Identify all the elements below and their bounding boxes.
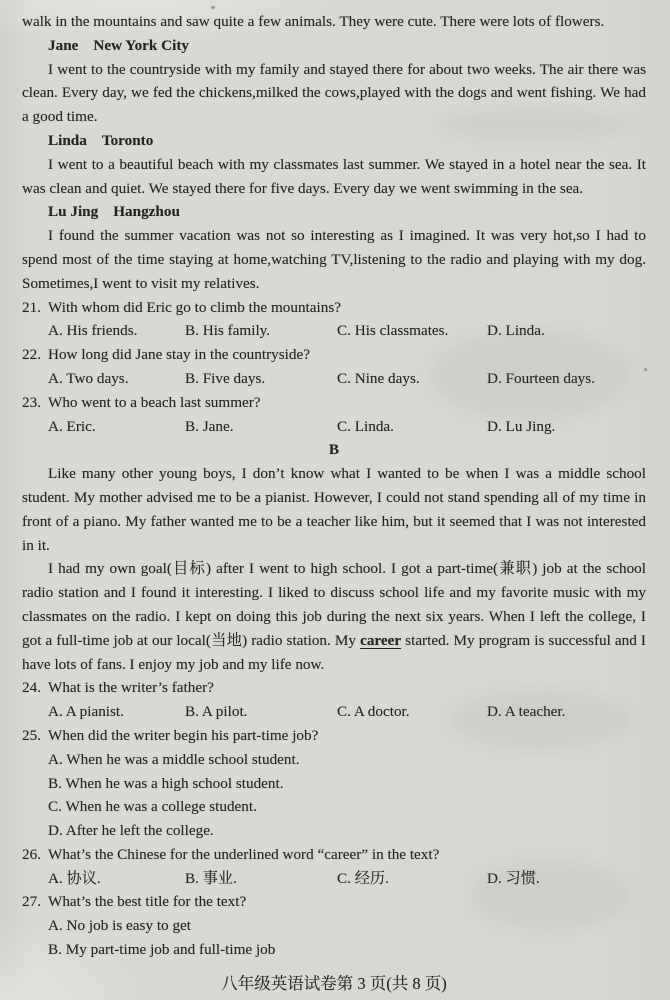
option-a: A. Eric. xyxy=(48,415,185,439)
question-24-stem: 24.What is the writer’s father? xyxy=(22,676,646,700)
passage-a-entry-header-jane: JaneNew York City xyxy=(22,34,646,58)
passage-a-entry-text-linda: I went to a beautiful beach with my clas… xyxy=(22,153,646,201)
option-b: B. A pilot. xyxy=(185,700,337,724)
option-d: D. After he left the college. xyxy=(22,819,646,843)
writer-name: Linda xyxy=(48,132,87,149)
question-25-stem: 25.When did the writer begin his part-ti… xyxy=(22,724,646,748)
passage-a-entry-text-jane: I went to the countryside with my family… xyxy=(22,58,646,129)
option-a: A. His friends. xyxy=(48,319,185,343)
question-27: 27.What’s the best title for the text? A… xyxy=(22,890,646,961)
option-a: A. When he was a middle school student. xyxy=(22,748,646,772)
question-27-stem: 27.What’s the best title for the text? xyxy=(22,890,646,914)
question-25: 25.When did the writer begin his part-ti… xyxy=(22,724,646,843)
question-21-stem: 21.With whom did Eric go to climb the mo… xyxy=(22,296,646,320)
question-text: What is the writer’s father? xyxy=(48,679,214,696)
question-21-options: A. His friends.B. His family.C. His clas… xyxy=(22,319,646,343)
question-number: 24. xyxy=(22,676,48,700)
question-number: 25. xyxy=(22,724,48,748)
question-21: 21.With whom did Eric go to climb the mo… xyxy=(22,296,646,344)
scan-speck xyxy=(211,6,215,9)
page-footer: 八年级英语试卷第 3 页(共 8 页) xyxy=(22,972,646,996)
question-24-options: A. A pianist.B. A pilot.C. A doctor.D. A… xyxy=(22,700,646,724)
question-26: 26.What’s the Chinese for the underlined… xyxy=(22,843,646,891)
option-b: B. His family. xyxy=(185,319,337,343)
question-text: What’s the best title for the text? xyxy=(48,893,246,910)
option-d: D. Lu Jing. xyxy=(487,415,555,439)
question-26-options: A. 协议.B. 事业.C. 经历.D. 习惯. xyxy=(22,867,646,891)
option-c: C. When he was a college student. xyxy=(22,795,646,819)
option-c: C. 经历. xyxy=(337,867,487,891)
option-a: A. Two days. xyxy=(48,367,185,391)
question-26-stem: 26.What’s the Chinese for the underlined… xyxy=(22,843,646,867)
question-22-stem: 22.How long did Jane stay in the country… xyxy=(22,343,646,367)
question-text: What’s the Chinese for the underlined wo… xyxy=(48,846,439,863)
question-number: 26. xyxy=(22,843,48,867)
question-number: 22. xyxy=(22,343,48,367)
option-a: A. 协议. xyxy=(48,867,185,891)
question-number: 27. xyxy=(22,890,48,914)
question-text: When did the writer begin his part-time … xyxy=(48,727,318,744)
question-22-options: A. Two days.B. Five days.C. Nine days.D.… xyxy=(22,367,646,391)
option-d: D. A teacher. xyxy=(487,700,565,724)
writer-name: Jane xyxy=(48,37,78,54)
question-24: 24.What is the writer’s father? A. A pia… xyxy=(22,676,646,724)
option-a: A. A pianist. xyxy=(48,700,185,724)
option-c: C. Nine days. xyxy=(337,367,487,391)
passage-b-paragraph-1: Like many other young boys, I don’t know… xyxy=(22,462,646,557)
writer-name: Lu Jing xyxy=(48,203,98,220)
question-number: 23. xyxy=(22,391,48,415)
option-d: D. Fourteen days. xyxy=(487,367,595,391)
option-c: C. Linda. xyxy=(337,415,487,439)
option-b: B. When he was a high school student. xyxy=(22,772,646,796)
question-text: With whom did Eric go to climb the mount… xyxy=(48,299,341,316)
option-a: A. No job is easy to get xyxy=(22,914,646,938)
option-d: D. 习惯. xyxy=(487,867,540,891)
option-c: C. A doctor. xyxy=(337,700,487,724)
question-22: 22.How long did Jane stay in the country… xyxy=(22,343,646,391)
option-b: B. 事业. xyxy=(185,867,337,891)
question-text: How long did Jane stay in the countrysid… xyxy=(48,346,310,363)
passage-b-paragraph-2: I had my own goal(目标) after I went to hi… xyxy=(22,557,646,676)
passage-a-continuation: walk in the mountains and saw quite a fe… xyxy=(22,10,646,34)
question-number: 21. xyxy=(22,296,48,320)
option-d: D. Linda. xyxy=(487,319,545,343)
question-23-options: A. Eric.B. Jane.C. Linda.D. Lu Jing. xyxy=(22,415,646,439)
exam-paper-page: walk in the mountains and saw quite a fe… xyxy=(0,0,670,1000)
option-b: B. Five days. xyxy=(185,367,337,391)
option-b: B. My part-time job and full-time job xyxy=(22,938,646,962)
option-b: B. Jane. xyxy=(185,415,337,439)
writer-city: Hangzhou xyxy=(113,203,180,220)
question-23: 23.Who went to a beach last summer? A. E… xyxy=(22,391,646,439)
underlined-word-career: career xyxy=(360,632,401,649)
writer-city: New York City xyxy=(93,37,189,54)
question-23-stem: 23.Who went to a beach last summer? xyxy=(22,391,646,415)
question-text: Who went to a beach last summer? xyxy=(48,394,261,411)
section-b-heading: B xyxy=(22,438,646,462)
passage-a-entry-text-lujing: I found the summer vacation was not so i… xyxy=(22,224,646,295)
passage-a-entry-header-lujing: Lu JingHangzhou xyxy=(22,200,646,224)
writer-city: Toronto xyxy=(102,132,154,149)
passage-a-entry-header-linda: LindaToronto xyxy=(22,129,646,153)
option-c: C. His classmates. xyxy=(337,319,487,343)
